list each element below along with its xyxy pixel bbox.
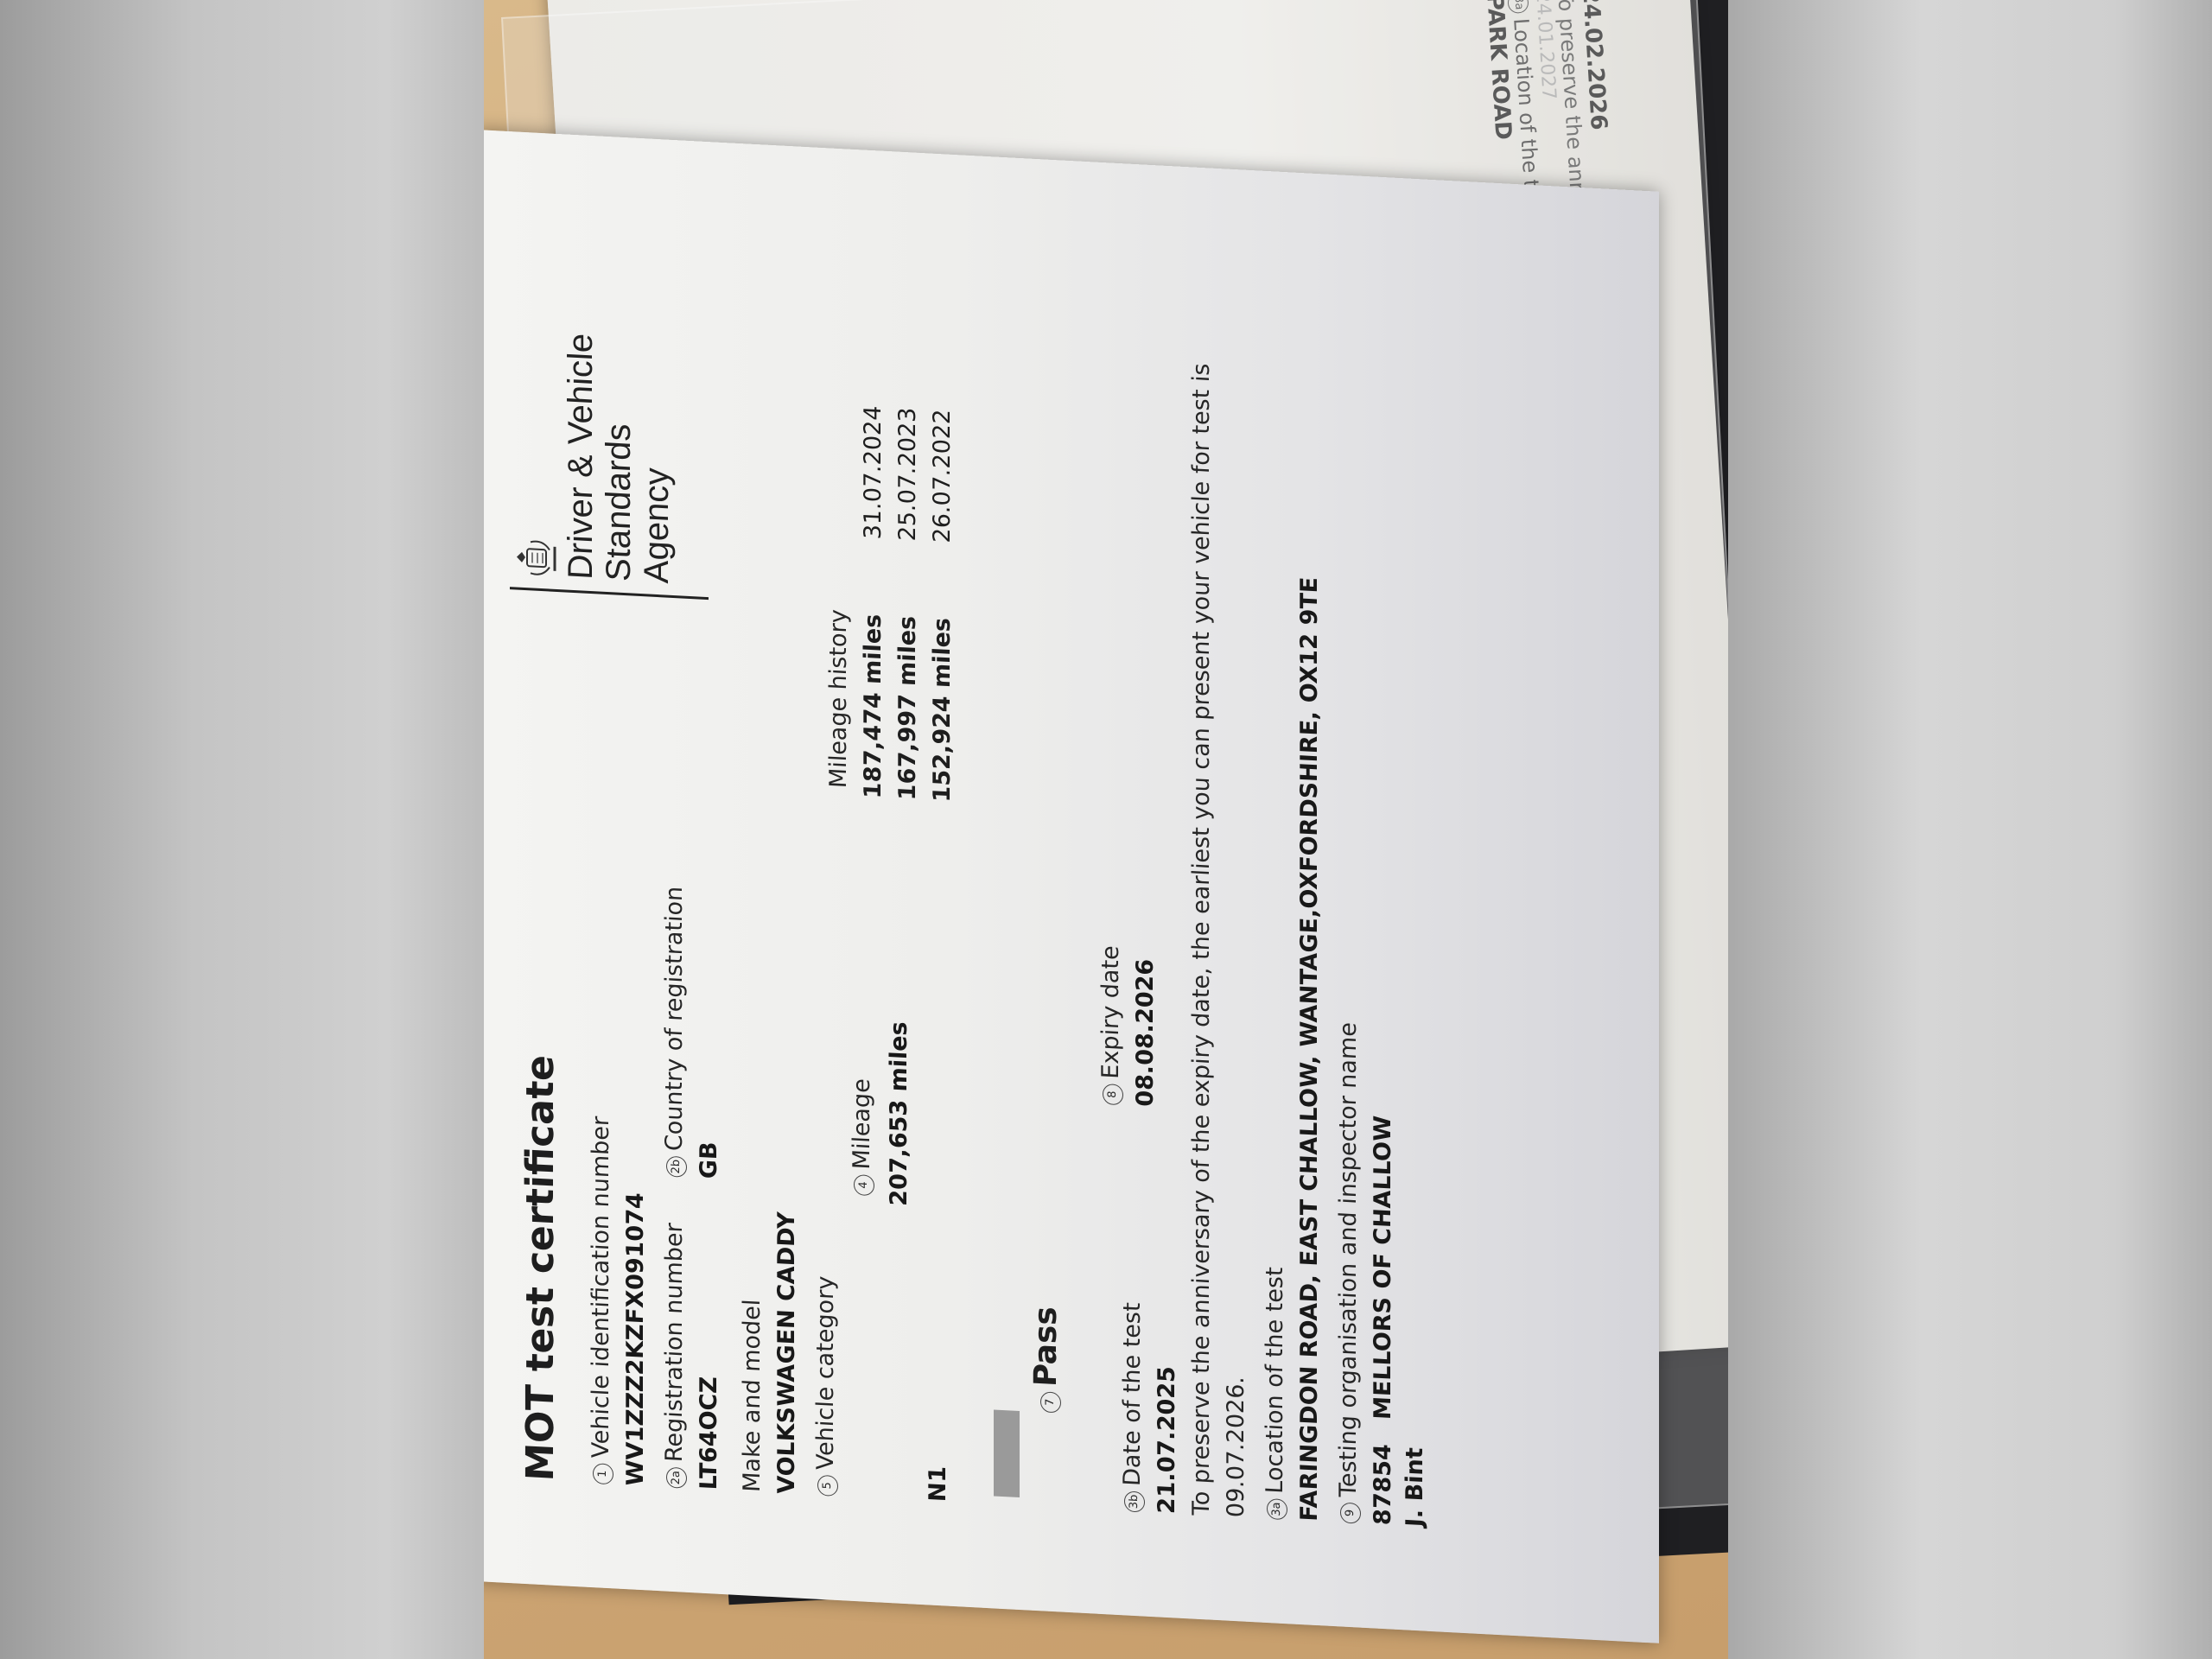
mileage-history-label: Mileage history	[825, 609, 852, 789]
expiry-label: 8Expiry date	[1097, 944, 1124, 1105]
mileage-label: 4Mileage	[849, 1077, 875, 1196]
make-model-label: Make and model	[739, 1299, 766, 1493]
mileage-value: 207,653 miles	[886, 1020, 912, 1206]
mileage-history-row: 152,924 miles26.07.2022	[929, 409, 956, 803]
test-result: 7Pass	[1028, 1306, 1064, 1414]
country-label: 2bCountry of registration	[661, 886, 688, 1178]
registration-label: 2aRegistration number	[661, 1222, 688, 1488]
test-date-label: 3bDate of the test	[1119, 1302, 1146, 1513]
location-label: 3aLocation of the test	[1262, 1267, 1288, 1521]
make-model-value: VOLKSWAGEN CADDY	[773, 1211, 800, 1495]
certificate-title: MOT test certificate	[518, 1054, 563, 1483]
testing-org-label: 9Testing organisation and inspector name	[1335, 1021, 1362, 1523]
agency-name-line: Standards	[600, 334, 638, 582]
registration-value: LT64OCZ	[696, 1376, 722, 1491]
preserve-note: To preserve the anniversary of the expir…	[1188, 363, 1215, 1516]
logo-divider	[510, 587, 709, 600]
agency-name-line: Agency	[638, 336, 676, 584]
testing-org-value: 87854 MELLORS OF CHALLOW	[1370, 1115, 1396, 1525]
mileage-history-row: 167,997 miles25.07.2023	[894, 407, 921, 801]
test-date-value: 21.07.2025	[1154, 1365, 1180, 1514]
expiry-value: 08.08.2026	[1132, 958, 1159, 1107]
blurred-left-margin	[0, 0, 484, 1659]
vin-label: 1Vehicle identification number	[588, 1116, 614, 1484]
royal-crest-icon	[515, 536, 560, 580]
category-value: N1	[925, 1465, 951, 1503]
dvsa-logo: Driver & Vehicle Standards Agency	[510, 226, 734, 601]
agency-name-line: Driver & Vehicle	[562, 333, 600, 581]
mileage-history-row: 187,474 miles31.07.2024	[860, 405, 887, 799]
country-value: GB	[696, 1141, 722, 1179]
category-label: 5Vehicle category	[812, 1275, 839, 1497]
preserve-date: 09.07.2026.	[1223, 1376, 1249, 1518]
document-photo: nd ds International Date Line 30 15 Samo…	[484, 0, 1728, 1659]
blurred-right-margin	[1728, 0, 2212, 1659]
location-value: FARINGDON ROAD, EAST CHALLOW, WANTAGE,OX…	[1296, 576, 1323, 1522]
redacted-block	[994, 1409, 1020, 1497]
mot-certificate: MOT test certificate Driver & Vehicle St…	[484, 130, 1659, 1643]
vin-value: WV1ZZZ2KZFX091074	[622, 1192, 649, 1486]
inspector-name: J. Bint	[1402, 1447, 1428, 1528]
